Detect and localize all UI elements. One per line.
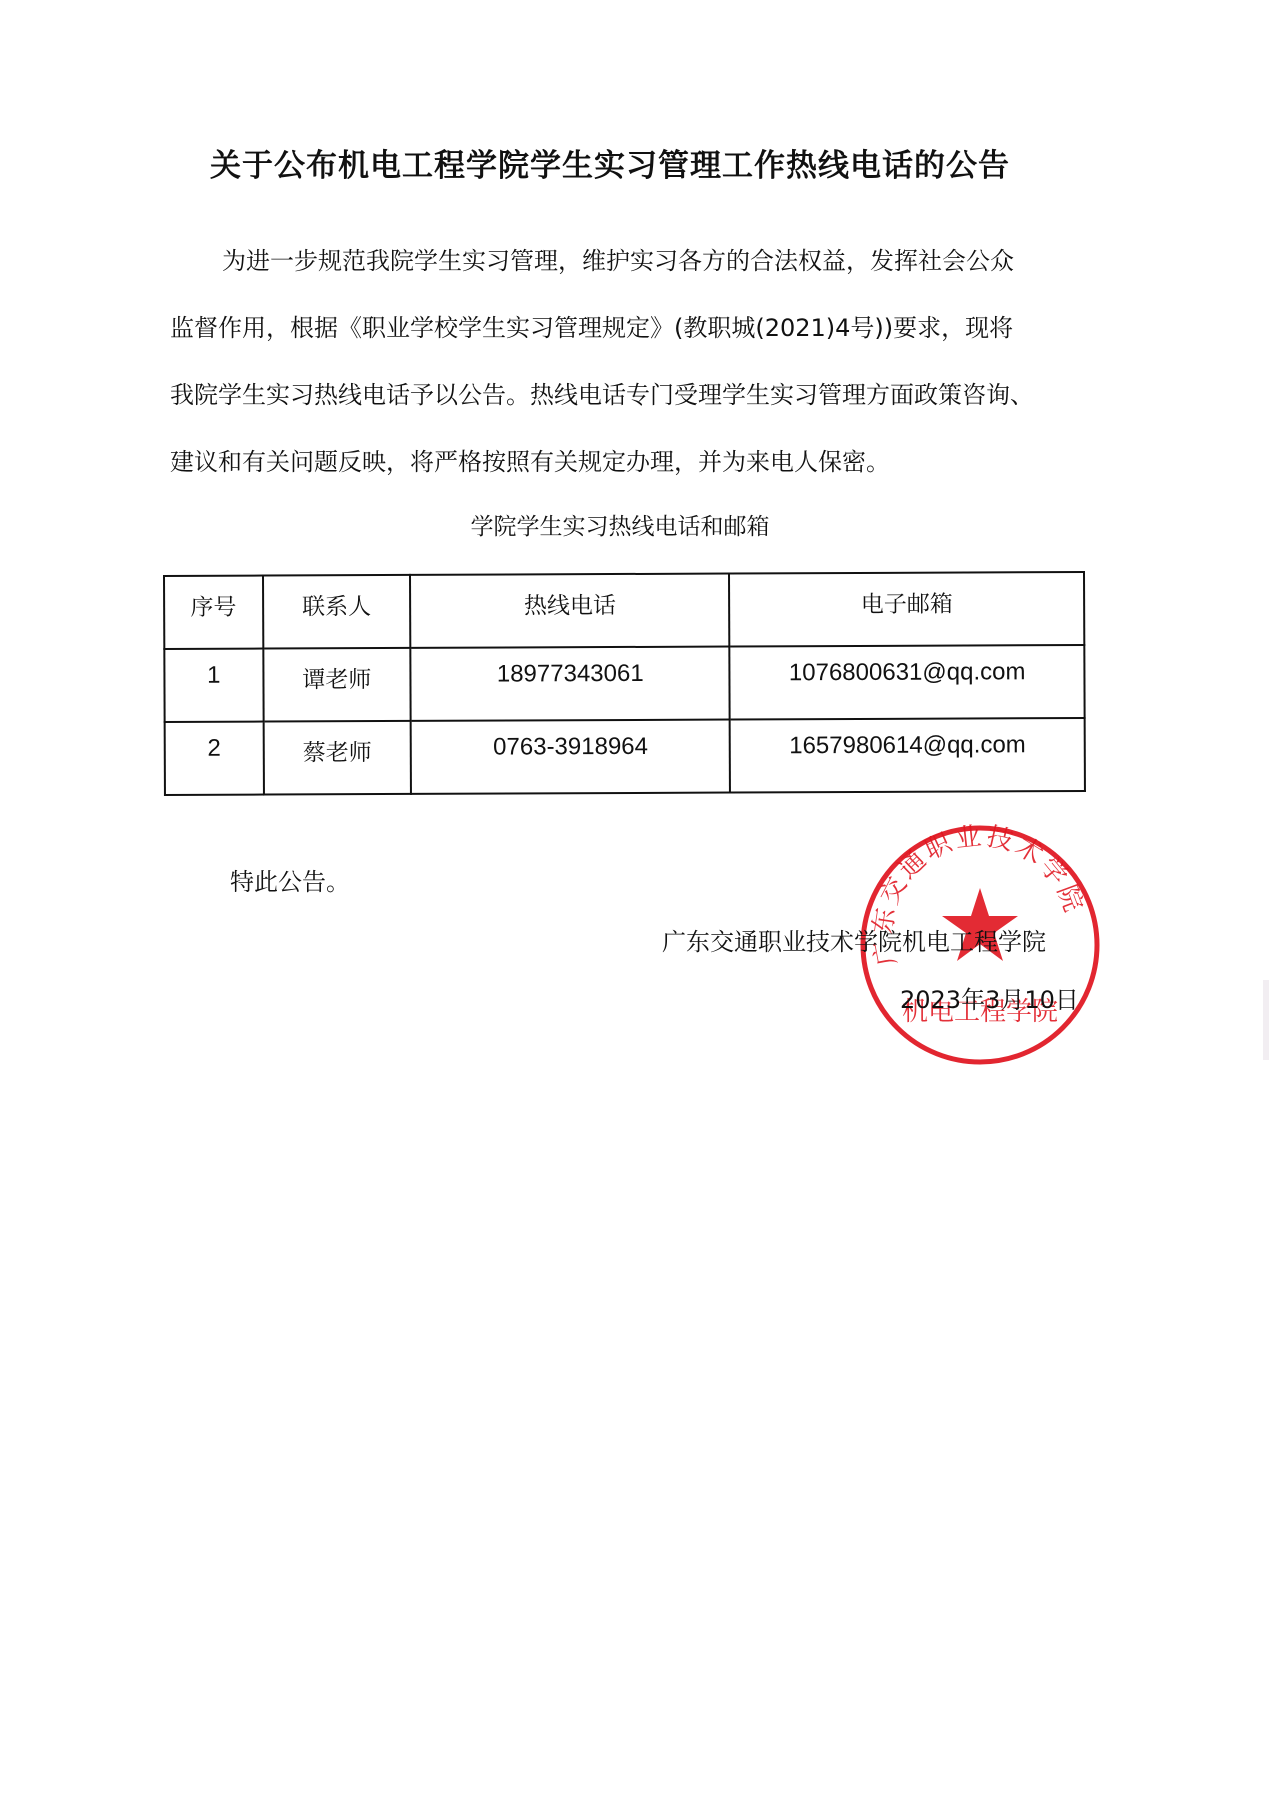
paragraph-line: 建议和有关问题反映，将严格按照有关规定办理，并为来电人保密。 — [170, 429, 1090, 496]
row-phone: 0763-3918964 — [411, 720, 731, 794]
header-index: 序号 — [164, 576, 263, 649]
header-contact: 联系人 — [263, 575, 411, 649]
header-phone: 热线电话 — [410, 574, 730, 648]
row-phone: 18977343061 — [410, 647, 730, 721]
scan-edge-artifact — [1263, 980, 1269, 1060]
table-header-row: 序号 联系人 热线电话 电子邮箱 — [164, 572, 1084, 649]
row-contact: 蔡老师 — [263, 721, 411, 795]
row-email: 1657980614@qq.com — [730, 718, 1085, 793]
paragraph-line: 监督作用，根据《职业学校学生实习管理规定》(教职城(2021)4号))要求，现将 — [170, 295, 1090, 362]
table-row: 2 蔡老师 0763-3918964 1657980614@qq.com — [165, 718, 1085, 795]
paragraph-line: 我院学生实习热线电话予以公告。热线电话专门受理学生实习管理方面政策咨询、 — [170, 362, 1090, 429]
row-index: 1 — [164, 649, 263, 722]
paragraph-line: 为进一步规范我院学生实习管理，维护实习各方的合法权益，发挥社会公众 — [170, 228, 1090, 295]
table-row: 1 谭老师 18977343061 1076800631@qq.com — [164, 645, 1084, 722]
header-email: 电子邮箱 — [729, 572, 1084, 647]
document-title: 关于公布机电工程学院学生实习管理工作热线电话的公告 — [160, 140, 1060, 185]
signature-date: 2023年3月10日 — [900, 980, 1079, 1015]
row-email: 1076800631@qq.com — [730, 645, 1085, 720]
row-contact: 谭老师 — [263, 648, 411, 722]
signature-organization: 广东交通职业技术学院机电工程学院 — [662, 922, 1046, 957]
table-caption: 学院学生实习热线电话和邮箱 — [160, 508, 1080, 541]
row-index: 2 — [165, 722, 264, 795]
body-paragraph: 为进一步规范我院学生实习管理，维护实习各方的合法权益，发挥社会公众 监督作用，根… — [170, 228, 1090, 496]
contact-table: 序号 联系人 热线电话 电子邮箱 1 谭老师 18977343061 10768… — [163, 571, 1086, 796]
closing-statement: 特此公告。 — [230, 862, 350, 897]
